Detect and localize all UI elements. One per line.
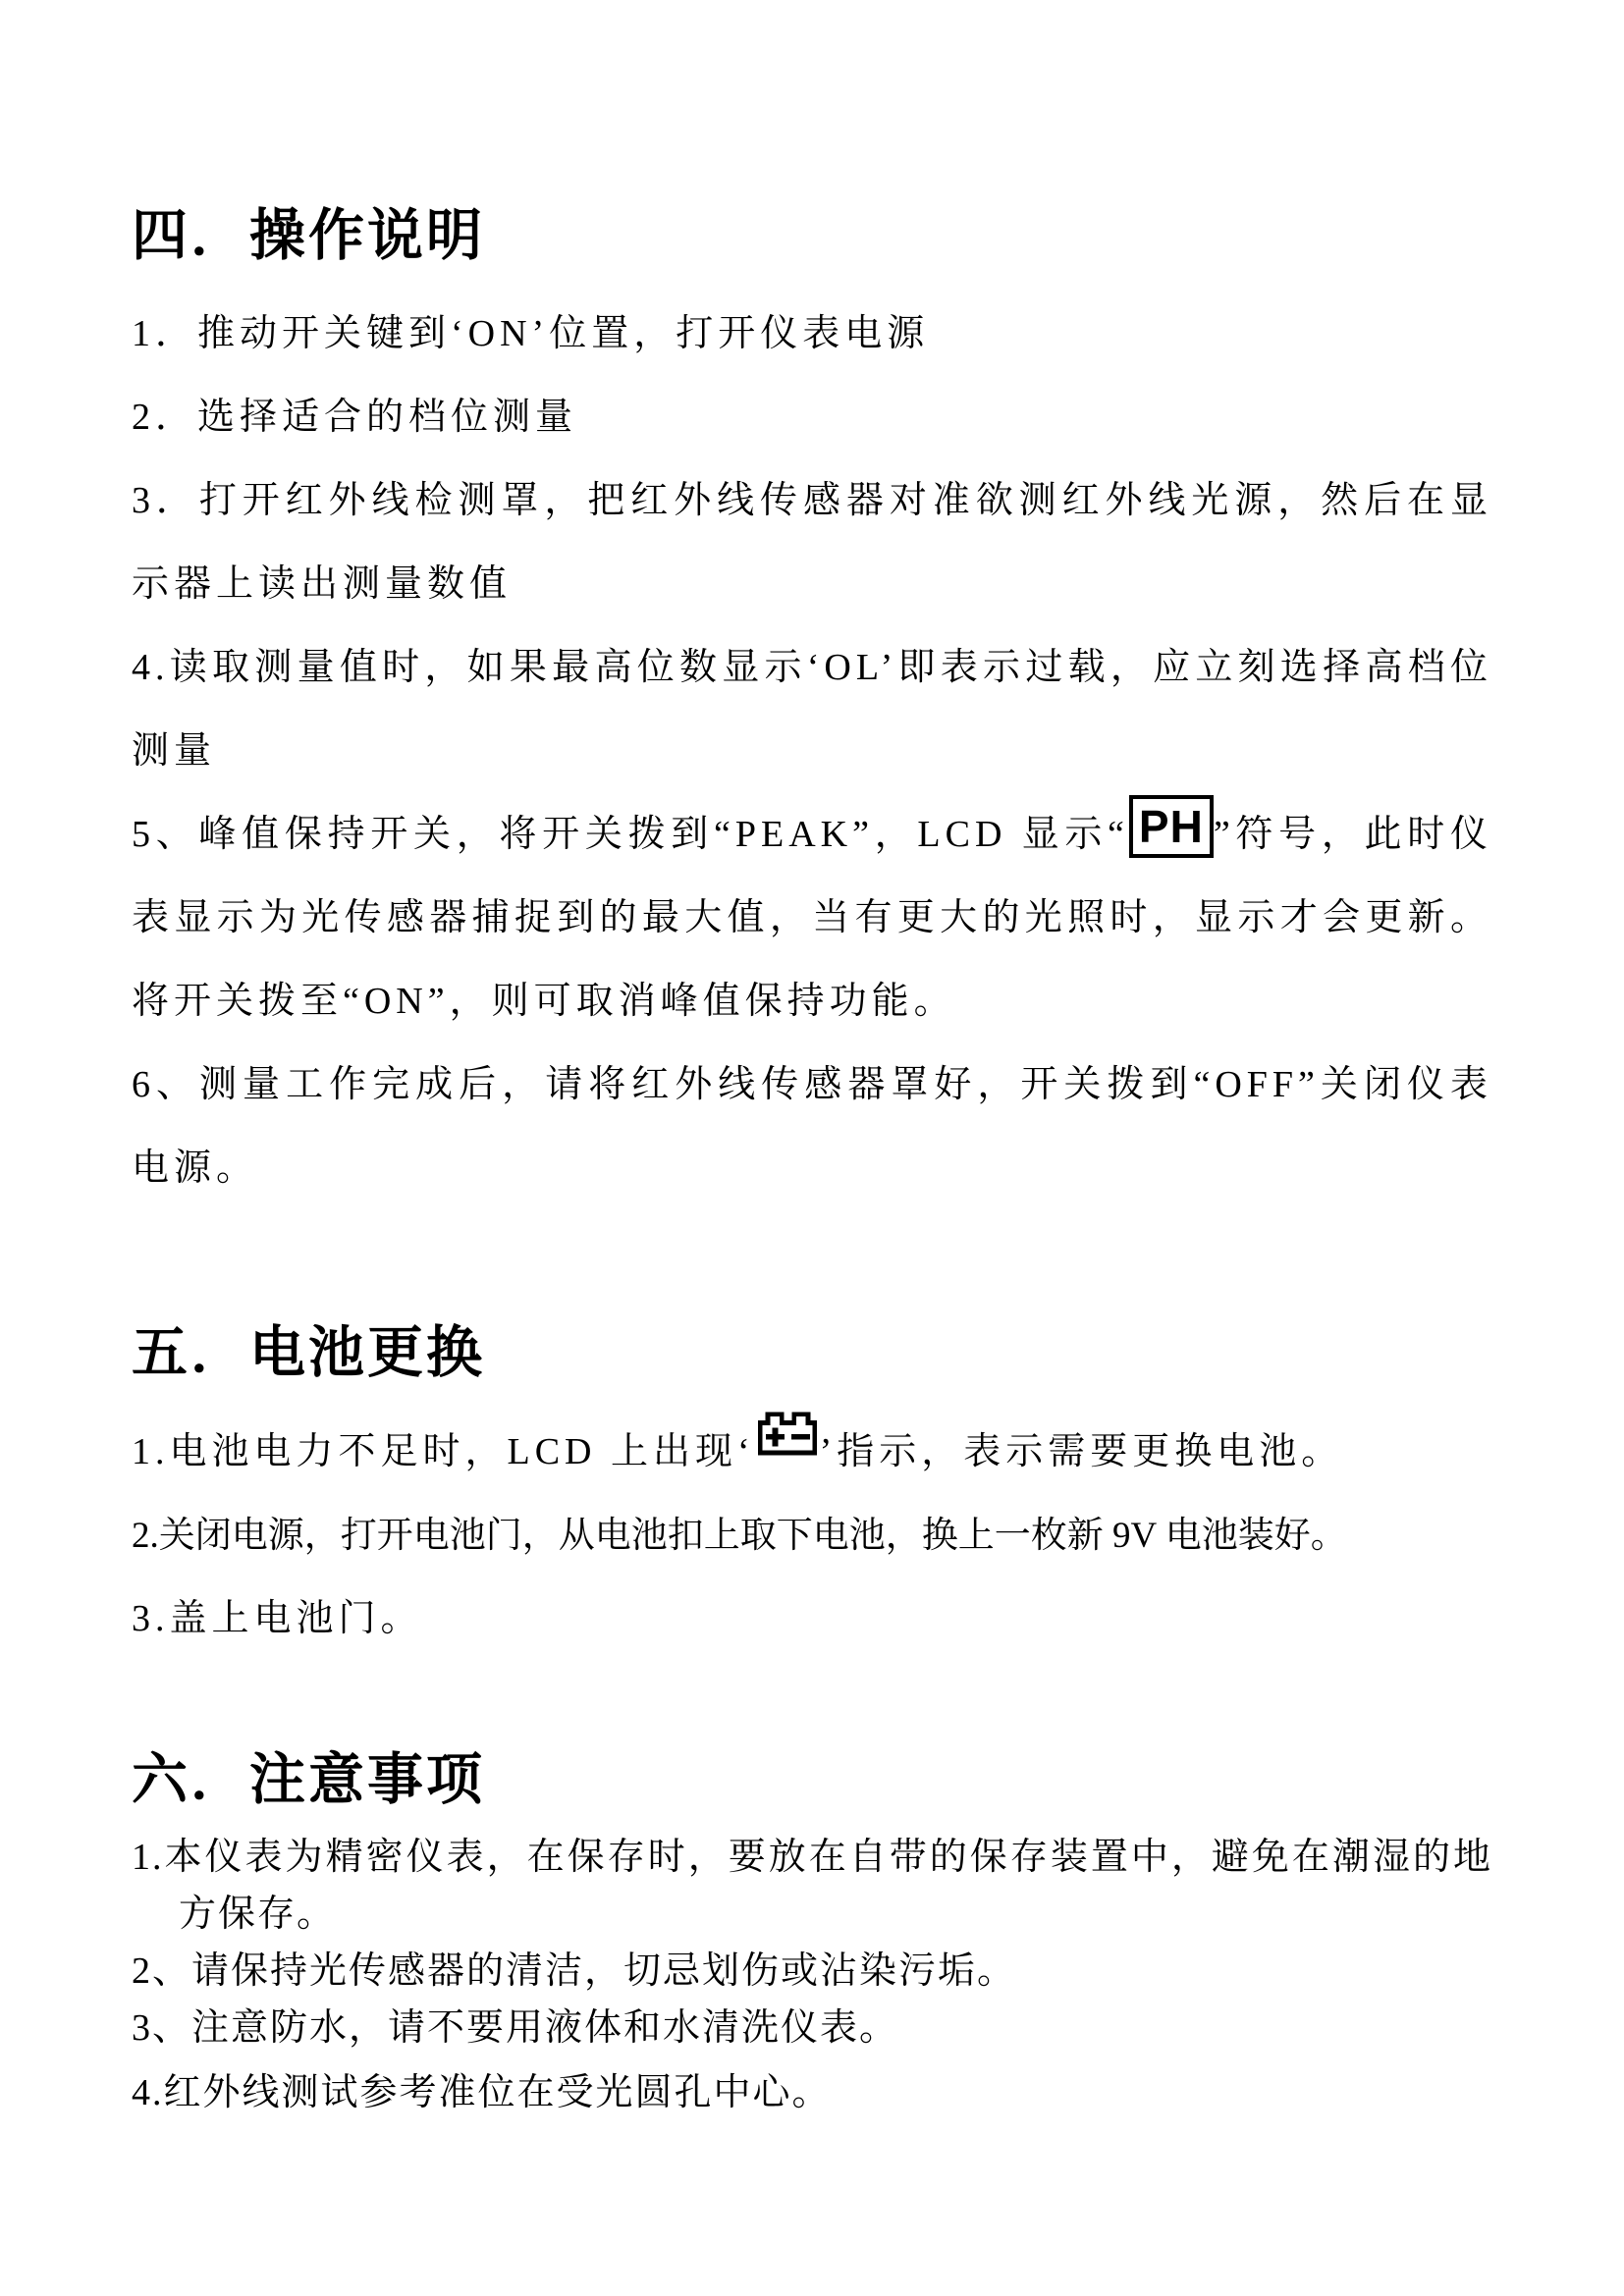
list-item-note-4: 4.红外线测试参考准位在受光圆孔中心。: [132, 2064, 1492, 2121]
section-precautions: 六．注意事项 1.本仪表为精密仪表，在保存时，要放在自带的保存装置中，避免在潮湿…: [132, 1745, 1492, 2121]
section-heading-operation: 四．操作说明: [132, 201, 1492, 271]
list-item-note-1: 1.本仪表为精密仪表，在保存时，要放在自带的保存装置中，避免在潮湿的地方保存。: [132, 1829, 1492, 1943]
section-battery-replacement: 五．电池更换 1.电池电力不足时，LCD 上出现‘’指示，表示需要更换电池。 2…: [132, 1318, 1492, 1660]
list-item-step-5: 5、峰值保持开关，将开关拨到“PEAK”，LCD 显示“PH”符号，此时仪表显示…: [132, 793, 1492, 1043]
list-item-note-2: 2、请保持光传感器的清洁，切忌划伤或沾染污垢。: [132, 1943, 1492, 2000]
list-item-step-3: 3．打开红外线检测罩，把红外线传感器对准欲测红外线光源，然后在显示器上读出测量数…: [132, 459, 1492, 626]
section-heading-precautions: 六．注意事项: [132, 1745, 1492, 1815]
battery-low-icon: [755, 1411, 820, 1456]
text-segment: ’指示，表示需要更换电池。: [820, 1431, 1344, 1472]
list-item-step-2: 2．选择适合的档位测量: [132, 376, 1492, 459]
peak-hold-symbol: PH: [1129, 795, 1214, 858]
section-operation-instructions: 四．操作说明 1．推动开关键到‘ON’位置，打开仪表电源 2．选择适合的档位测量…: [132, 201, 1492, 1210]
list-item-step-6: 6、测量工作完成后，请将红外线传感器罩好，开关拨到“OFF”关闭仪表电源。: [132, 1043, 1492, 1210]
list-item-battery-1: 1.电池电力不足时，LCD 上出现‘’指示，表示需要更换电池。: [132, 1411, 1492, 1494]
text-segment: 5、峰值保持开关，将开关拨到“PEAK”，LCD 显示“: [132, 814, 1129, 855]
list-item-battery-3: 3.盖上电池门。: [132, 1577, 1492, 1661]
document-page: 四．操作说明 1．推动开关键到‘ON’位置，打开仪表电源 2．选择适合的档位测量…: [0, 0, 1624, 2296]
list-item-step-4: 4.读取测量值时，如果最高位数显示‘OL’即表示过载，应立刻选择高档位测量: [132, 626, 1492, 793]
list-item-note-3: 3、注意防水，请不要用液体和水清洗仪表。: [132, 2000, 1492, 2056]
text-segment: 1.电池电力不足时，LCD 上出现‘: [132, 1431, 755, 1472]
peak-hold-label: PH: [1139, 801, 1204, 852]
section-heading-battery: 五．电池更换: [132, 1318, 1492, 1388]
list-item-battery-2: 2.关闭电源，打开电池门，从电池扣上取下电池，换上一枚新 9V 电池装好。: [132, 1494, 1492, 1577]
list-item-step-1: 1．推动开关键到‘ON’位置，打开仪表电源: [132, 293, 1492, 376]
